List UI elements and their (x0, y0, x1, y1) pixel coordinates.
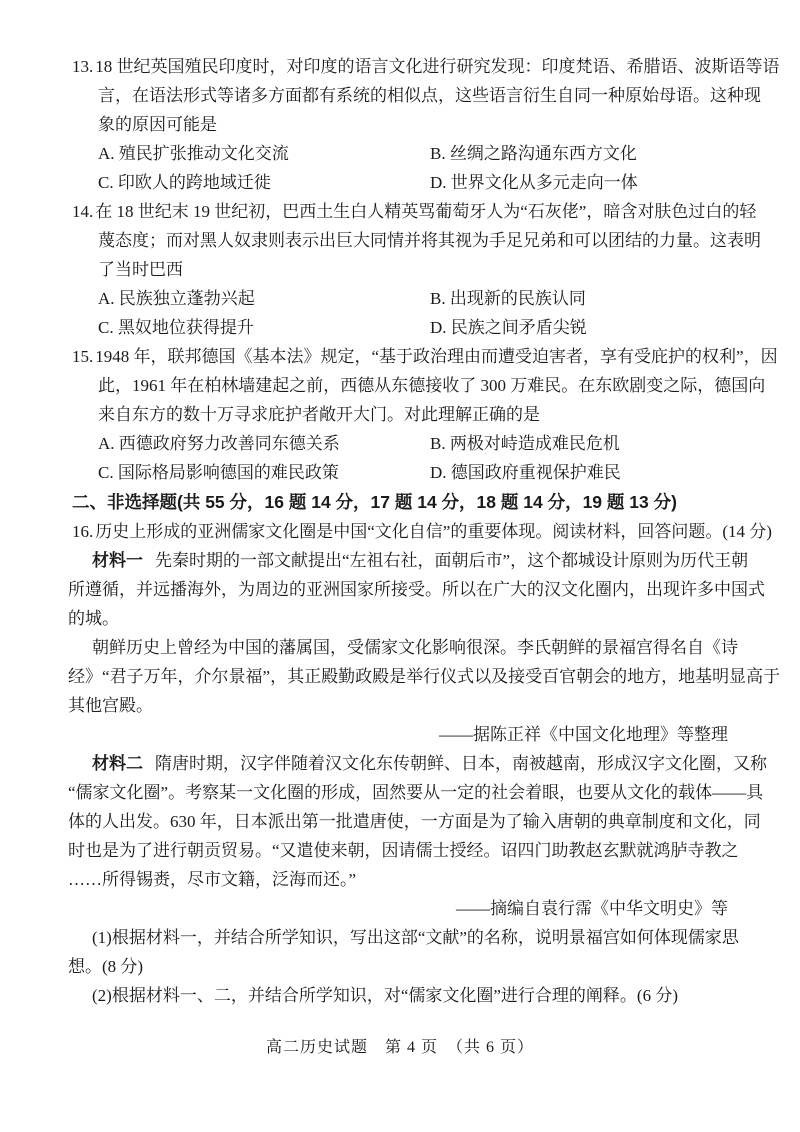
subquestion-1-line-1: (1)根据材料一，并结合所学知识，写出这部“文献”的名称，说明景福宫如何体现儒家… (68, 923, 732, 952)
question-16-subquestions: (1)根据材料一，并结合所学知识，写出这部“文献”的名称，说明景福宫如何体现儒家… (68, 923, 732, 1010)
question-16-number: 16. (72, 522, 93, 541)
exam-page: 13.18 世纪英国殖民印度时，对印度的语言文化进行研究发现：印度梵语、希腊语、… (0, 0, 800, 1132)
material-2-label: 材料二 (92, 754, 143, 773)
material-1-label: 材料一 (92, 551, 143, 570)
question-15-number: 15. (72, 347, 93, 366)
question-13-number: 13. (72, 57, 93, 76)
question-16-intro: 16.历史上形成的亚洲儒家文化圈是中国“文化自信”的重要体现。阅读材料，回答问题… (72, 517, 732, 546)
question-13-options-row-2: C. 印欧人的跨地域迁徙 D. 世界文化从多元走向一体 (72, 168, 732, 197)
page-footer: 高二历史试题 第 4 页 （共 6 页） (0, 1034, 800, 1057)
question-14-stem-2: 蔑态度；而对黑人奴隶则表示出巨大同情并将其视为手足兄弟和可以团结的力量。这表明 (72, 226, 732, 255)
question-16: 16.历史上形成的亚洲儒家文化圈是中国“文化自信”的重要体现。阅读材料，回答问题… (68, 517, 732, 546)
question-15-stem-2: 此，1961 年在柏林墙建起之前，西德从东德接收了 300 万难民。在东欧剧变之… (72, 371, 732, 400)
question-15-option-a: A. 西德政府努力改善同东德关系 (98, 429, 430, 458)
question-14-number: 14. (72, 202, 93, 221)
question-13-options-row-1: A. 殖民扩张推动文化交流 B. 丝绸之路沟通东西方文化 (72, 139, 732, 168)
material-1-text-4: 朝鲜历史上曾经为中国的藩属国，受儒家文化影响很深。李氏朝鲜的景福宫得名自《诗 (68, 633, 732, 662)
question-13: 13.18 世纪英国殖民印度时，对印度的语言文化进行研究发现：印度梵语、希腊语、… (68, 52, 732, 197)
material-1-text-1: 先秦时期的一部文献提出“左祖右社，面朝后市”，这个都城设计原则为历代王朝 (155, 551, 748, 570)
question-15-option-b: B. 两极对峙造成难民危机 (430, 429, 620, 458)
question-15-stem-1: 1948 年，联邦德国《基本法》规定，“基于政治理由而遭受迫害者，享有受庇护的权… (95, 347, 777, 366)
question-13-stem-1: 18 世纪英国殖民印度时，对印度的语言文化进行研究发现：印度梵语、希腊语、波斯语… (95, 57, 779, 76)
question-14-option-a: A. 民族独立蓬勃兴起 (98, 284, 430, 313)
subquestion-2-line-1: (2)根据材料一、二，并结合所学知识，对“儒家文化圈”进行合理的阐释。(6 分) (68, 981, 732, 1010)
material-2-attribution: ——摘编自袁行霈《中华文明史》等 (68, 894, 732, 923)
question-15-stem-3: 来自东方的数十万寻求庇护者敞开大门。对此理解正确的是 (72, 400, 732, 429)
material-2-text-1: 隋唐时期，汉字伴随着汉文化东传朝鲜、日本，南被越南，形成汉字文化圈，又称 (155, 754, 767, 773)
question-15-option-d: D. 德国政府重视保护难民 (430, 458, 621, 487)
material-1: 材料一先秦时期的一部文献提出“左祖右社，面朝后市”，这个都城设计原则为历代王朝 … (68, 546, 732, 749)
question-15: 15.1948 年，联邦德国《基本法》规定，“基于政治理由而遭受迫害者，享有受庇… (68, 342, 732, 487)
question-13-option-c: C. 印欧人的跨地域迁徙 (98, 168, 430, 197)
question-14-stem-1: 在 18 世纪末 19 世纪初，巴西土生白人精英骂葡萄牙人为“石灰佬”，暗含对肤… (95, 202, 756, 221)
question-15-options-row-1: A. 西德政府努力改善同东德关系 B. 两极对峙造成难民危机 (72, 429, 732, 458)
question-15-option-c: C. 国际格局影响德国的难民政策 (98, 458, 430, 487)
material-1-line-1: 材料一先秦时期的一部文献提出“左祖右社，面朝后市”，这个都城设计原则为历代王朝 (68, 546, 732, 575)
question-14-options-row-1: A. 民族独立蓬勃兴起 B. 出现新的民族认同 (72, 284, 732, 313)
question-14-option-c: C. 黑奴地位获得提升 (98, 313, 430, 342)
question-13-option-a: A. 殖民扩张推动文化交流 (98, 139, 430, 168)
material-1-text-6: 其他宫殿。 (68, 691, 732, 720)
question-13-line-1: 13.18 世纪英国殖民印度时，对印度的语言文化进行研究发现：印度梵语、希腊语、… (72, 52, 732, 81)
material-2-text-3: 体的人出发。630 年，日本派出第一批遣唐使，一方面是为了输入唐朝的典章制度和文… (68, 807, 732, 836)
section-2-header: 二、非选择题(共 55 分，16 题 14 分，17 题 14 分，18 题 1… (68, 487, 732, 517)
material-1-attribution: ——据陈正祥《中国文化地理》等整理 (68, 720, 732, 749)
material-1-text-2: 所遵循，并远播海外，为周边的亚洲国家所接受。所以在广大的汉文化圈内，出现许多中国… (68, 575, 732, 604)
question-13-stem-3: 象的原因可能是 (72, 110, 732, 139)
question-14-stem-3: 了当时巴西 (72, 255, 732, 284)
material-2-line-1: 材料二隋唐时期，汉字伴随着汉文化东传朝鲜、日本，南被越南，形成汉字文化圈，又称 (68, 749, 732, 778)
question-14-options-row-2: C. 黑奴地位获得提升 D. 民族之间矛盾尖锐 (72, 313, 732, 342)
question-15-options-row-2: C. 国际格局影响德国的难民政策 D. 德国政府重视保护难民 (72, 458, 732, 487)
material-2-text-5: ……所得锡赉，尽市文籍，泛海而还。” (68, 865, 732, 894)
exam-content: 13.18 世纪英国殖民印度时，对印度的语言文化进行研究发现：印度梵语、希腊语、… (68, 52, 732, 1010)
question-14-option-b: B. 出现新的民族认同 (430, 284, 586, 313)
question-13-option-d: D. 世界文化从多元走向一体 (430, 168, 638, 197)
question-14: 14.在 18 世纪末 19 世纪初，巴西土生白人精英骂葡萄牙人为“石灰佬”，暗… (68, 197, 732, 342)
question-13-option-b: B. 丝绸之路沟通东西方文化 (430, 139, 637, 168)
question-14-option-d: D. 民族之间矛盾尖锐 (430, 313, 587, 342)
material-1-text-5: 经》“君子万年，介尔景福”，其正殿勤政殿是举行仪式以及接受百官朝会的地方，地基明… (68, 662, 732, 691)
material-2: 材料二隋唐时期，汉字伴随着汉文化东传朝鲜、日本，南被越南，形成汉字文化圈，又称 … (68, 749, 732, 923)
subquestion-1-line-2: 想。(8 分) (68, 952, 732, 981)
question-14-line-1: 14.在 18 世纪末 19 世纪初，巴西土生白人精英骂葡萄牙人为“石灰佬”，暗… (72, 197, 732, 226)
question-15-line-1: 15.1948 年，联邦德国《基本法》规定，“基于政治理由而遭受迫害者，享有受庇… (72, 342, 732, 371)
question-16-intro-text: 历史上形成的亚洲儒家文化圈是中国“文化自信”的重要体现。阅读材料，回答问题。(1… (95, 522, 772, 541)
material-2-text-2: “儒家文化圈”。考察某一文化圈的形成，固然要从一定的社会着眼，也要从文化的载体—… (68, 778, 732, 807)
material-2-text-4: 时也是为了进行朝贡贸易。“又遣使来朝，因请儒士授经。诏四门助教赵玄默就鸿胪寺教之 (68, 836, 732, 865)
material-1-text-3: 的城。 (68, 604, 732, 633)
question-13-stem-2: 言，在语法形式等诸多方面都有系统的相似点，这些语言衍生自同一种原始母语。这种现 (72, 81, 732, 110)
